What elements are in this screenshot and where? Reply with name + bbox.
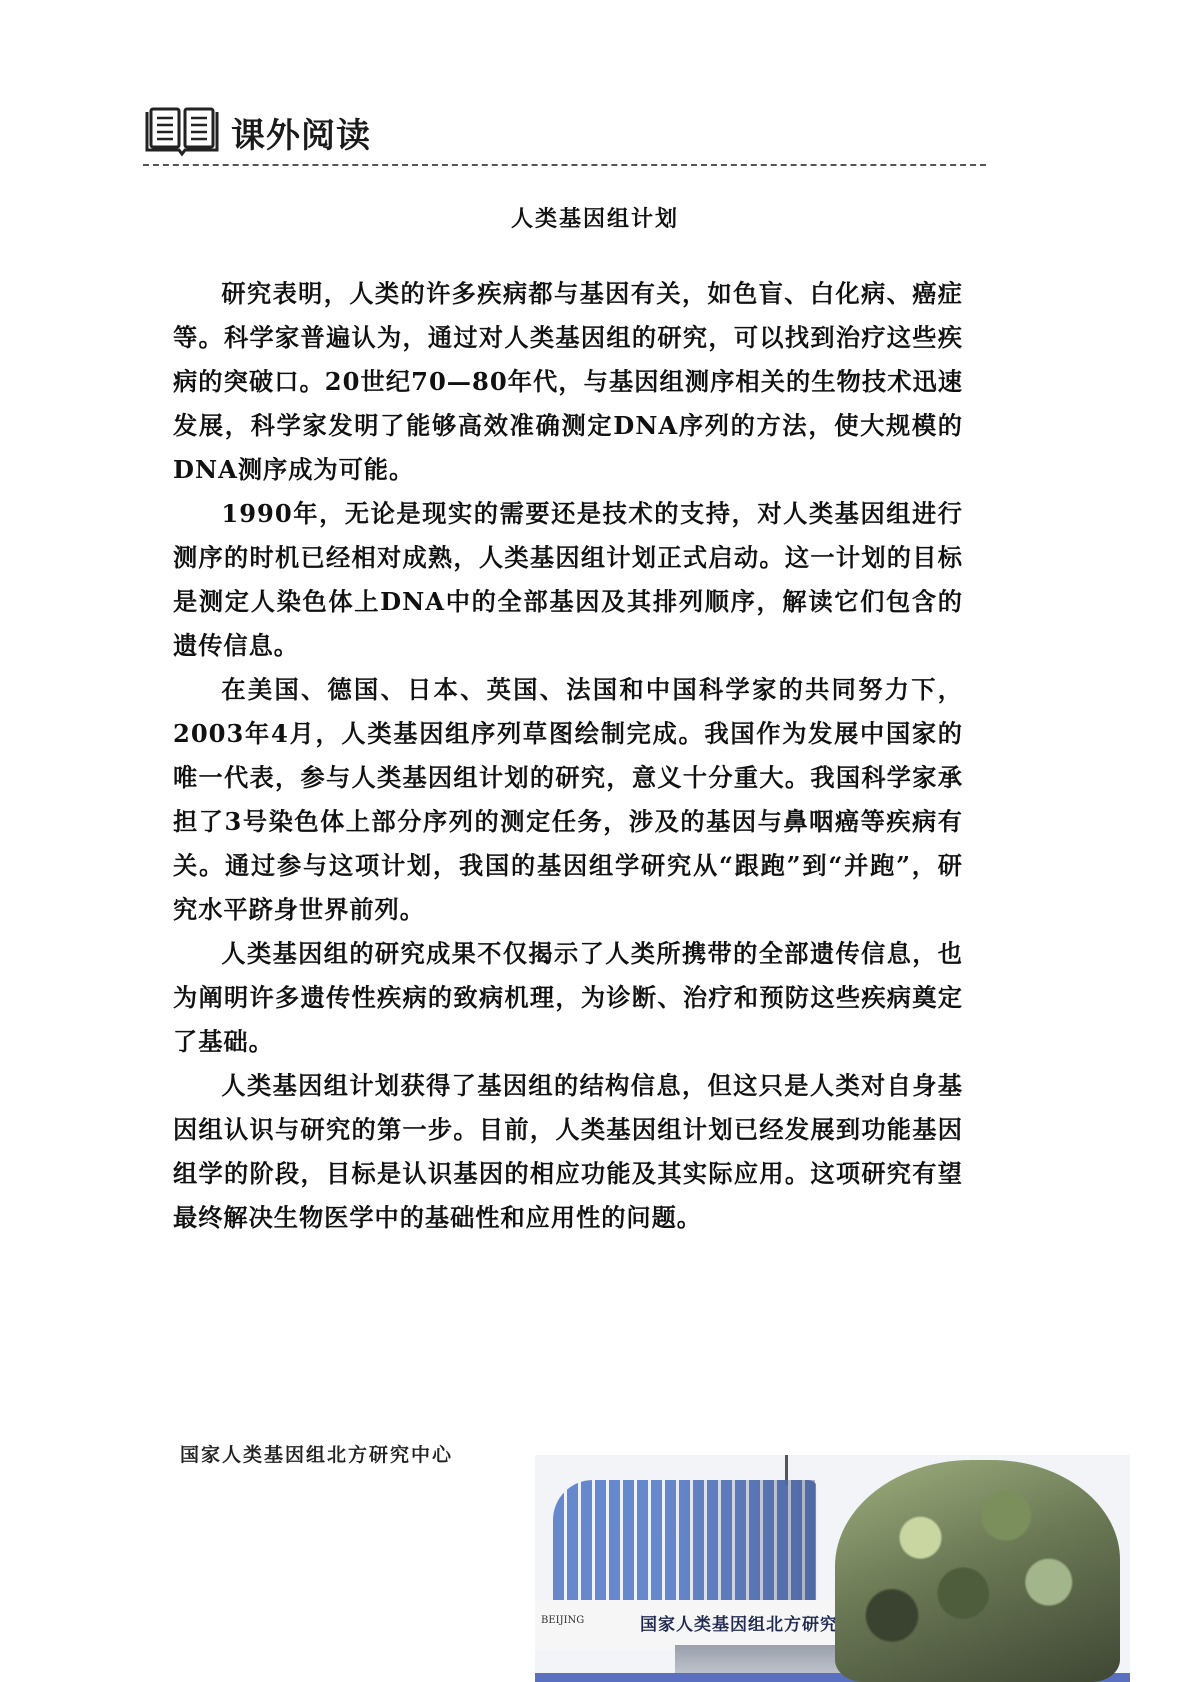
paragraph: 人类基因组计划获得了基因组的结构信息，但这只是人类对自身基因组认识与研究的第一步…: [173, 1064, 963, 1240]
figure-caption: 国家人类基因组北方研究中心: [180, 1440, 453, 1467]
facade-shade: [665, 1480, 815, 1600]
paragraph: 人类基因组的研究成果不仅揭示了人类所携带的全部遗传信息，也为阐明许多遗传性疾病的…: [173, 932, 963, 1064]
open-book-icon: [143, 106, 221, 158]
article-body: 研究表明，人类的许多疾病都与基因有关，如色盲、白化病、癌症等。科学家普遍认为，通…: [173, 272, 963, 1240]
header-divider: [143, 164, 986, 166]
section-title: 课外阅读: [231, 108, 371, 157]
paragraph: 1990年，无论是现实的需要还是技术的支持，对人类基因组进行测序的时机已经相对成…: [173, 492, 963, 668]
building-photo: BEIJING 国家人类基因组北方研究中心: [535, 1455, 1130, 1682]
sign-small-text: BEIJING: [541, 1615, 584, 1626]
section-header: 课外阅读: [143, 104, 371, 160]
tree: [835, 1460, 1120, 1682]
paragraph: 研究表明，人类的许多疾病都与基因有关，如色盲、白化病、癌症等。科学家普遍认为，通…: [173, 272, 963, 492]
paragraph: 在美国、德国、日本、英国、法国和中国科学家的共同努力下，2003年4月，人类基因…: [173, 668, 963, 932]
article-title: 人类基因组计划: [0, 202, 1190, 233]
